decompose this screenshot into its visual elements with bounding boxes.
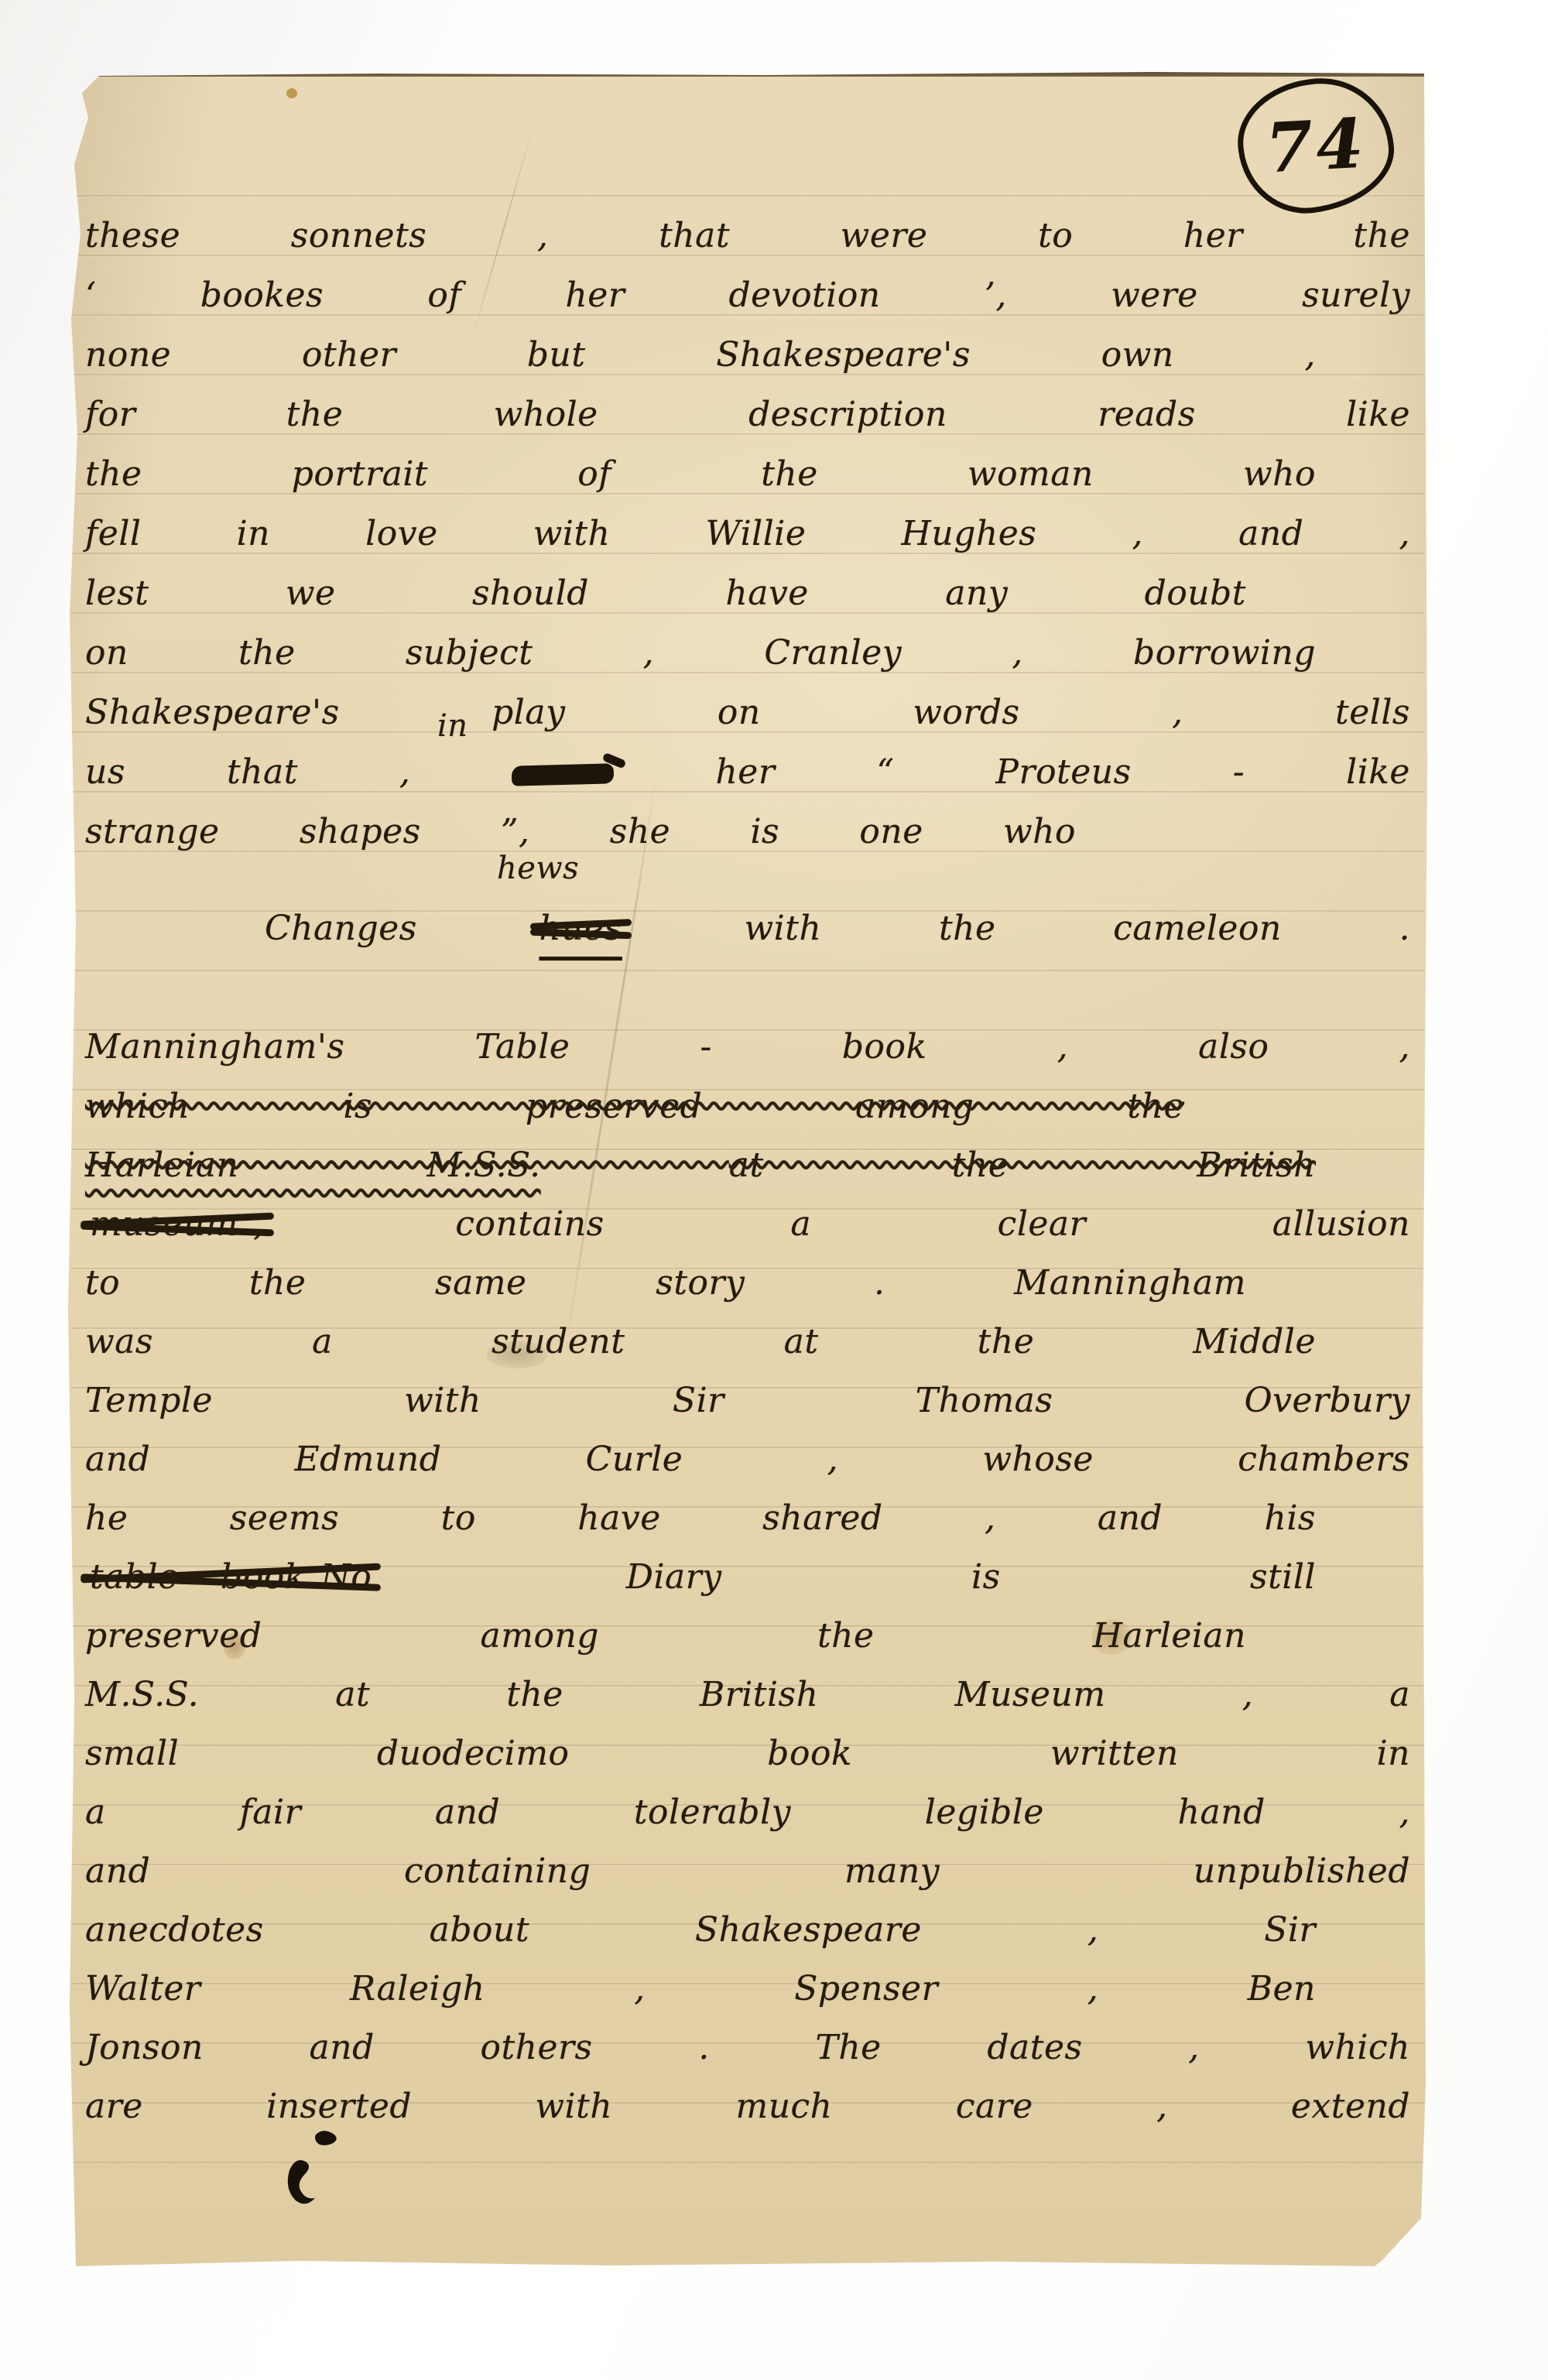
manuscript-line-part-struck: table - book No Diary is still <box>85 1554 1316 1601</box>
rust-spot <box>286 88 297 98</box>
manuscript-line: small duodecimo book written in <box>85 1731 1410 1777</box>
manuscript-line: strange shapes ”, she is one who <box>85 809 1076 855</box>
manuscript-line: anecdotes about Shakespeare , Sir <box>85 1907 1316 1954</box>
manuscript-line: none other but Shakespeare's own , <box>85 332 1316 378</box>
manuscript-line: ‘ bookes of her devotion ’, were surely <box>85 272 1410 319</box>
manuscript-line: M.S.S. at the British Museum , a <box>85 1672 1410 1718</box>
inked-out-word <box>512 763 615 786</box>
manuscript-page: 74 these sonnets , that were to her the … <box>68 71 1427 2266</box>
struck-words: table - book No <box>85 1554 376 1601</box>
verse-line-with-correction: Changes hues with the cameleon . hews <box>265 906 1410 952</box>
manuscript-line: are inserted with much care , extend <box>85 2084 1410 2130</box>
struck-word: museum , <box>85 1201 269 1248</box>
manuscript-line: these sonnets , that were to her the <box>85 213 1410 259</box>
manuscript-line: fell in love with Willie Hughes , and , <box>85 511 1410 557</box>
struck-underlined-text: Harleian M.S.S. <box>85 1145 541 1185</box>
manuscript-line: Shakespeare's play on words , tells <box>85 690 1410 736</box>
line-text: with the cameleon . <box>745 909 1410 948</box>
manuscript-line: preserved among the Harleian <box>85 1613 1246 1659</box>
page-number: 74 <box>1264 109 1368 183</box>
manuscript-line-part-struck: museum , contains a clear allusion <box>85 1201 1410 1248</box>
struck-line: which is preserved among the <box>85 1084 1184 1130</box>
line-text: us that , <box>85 752 410 792</box>
line-text: her “ Proteus - like <box>715 752 1410 792</box>
manuscript-line: for the whole description reads like <box>85 392 1410 438</box>
manuscript-line: Manningham's Table - book , also , <box>85 1024 1410 1070</box>
manuscript-line: he seems to have shared , and his <box>85 1495 1316 1542</box>
manuscript-line: on the subject , Cranley , borrowing <box>85 630 1316 676</box>
inserted-word: hews <box>497 853 579 884</box>
manuscript-line: was a student at the Middle <box>85 1319 1316 1365</box>
manuscript-line: and Edmund Curle , whose chambers <box>85 1437 1410 1483</box>
manuscript-line: a fair and tolerably legible hand , <box>85 1789 1410 1836</box>
manuscript-line: the portrait of the woman who <box>85 451 1316 498</box>
line-text: Diary is still <box>626 1557 1316 1597</box>
line-text: Changes <box>265 909 417 948</box>
manuscript-line: to the same story . Manningham <box>85 1260 1246 1306</box>
manuscript-line: lest we should have any doubt <box>85 570 1246 617</box>
manuscript-line: and containing many unpublished <box>85 1848 1410 1895</box>
manuscript-line: Temple with Sir Thomas Overbury <box>85 1378 1410 1424</box>
inserted-word: in <box>437 711 468 741</box>
manuscript-line: Jonson and others . The dates , which <box>85 2025 1410 2071</box>
manuscript-line-with-insertion: us that , her “ Proteus - like in <box>85 749 1410 796</box>
ink-flourish <box>276 2127 345 2231</box>
struck-line: Harleian M.S.S. at the British <box>85 1142 1316 1189</box>
struck-word: hues <box>535 906 627 952</box>
manuscript-line: Walter Raleigh , Spenser , Ben <box>85 1966 1316 2012</box>
struck-text: at the British <box>729 1145 1316 1185</box>
line-text: contains a clear allusion <box>455 1204 1410 1244</box>
